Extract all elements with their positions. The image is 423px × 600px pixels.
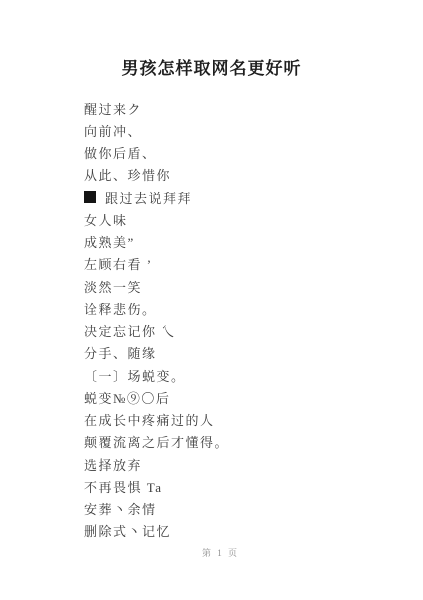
- list-item-text: 在成长中疼痛过的人: [84, 410, 215, 429]
- page-title: 男孩怎样取网名更好听: [0, 54, 423, 79]
- list-item: 淡然一笑: [84, 275, 403, 297]
- list-item: 向前冲、: [84, 119, 403, 141]
- list-item: 做你后盾、: [84, 142, 403, 164]
- list-item: 删除式丶记忆: [84, 520, 403, 542]
- list-item: 〔一〕场蜕变。: [84, 364, 403, 386]
- list-item-text: 醒过来ク: [84, 99, 142, 118]
- list-item: 颠覆流离之后才懂得。: [84, 431, 403, 453]
- list-item: 不再畏惧 Ta: [84, 475, 403, 497]
- list-item-text: 分手、随缘: [84, 343, 157, 362]
- list-item-text: 跟过去说拜拜: [105, 188, 192, 207]
- list-item: 蜕变№⑨〇后: [84, 386, 403, 408]
- list-item-text: 成熟美”: [84, 232, 135, 251]
- list-item: 选择放弃: [84, 453, 403, 475]
- list-item-text: 向前冲、: [84, 121, 142, 140]
- list-item: 分手、随缘: [84, 342, 403, 364]
- list-item-text: 颠覆流离之后才懂得。: [84, 432, 229, 451]
- list-item: 成熟美”: [84, 231, 403, 253]
- list-item: 左顾右看 ’: [84, 253, 403, 275]
- list-item: 跟过去说拜拜: [84, 186, 403, 208]
- page-number: 第 1 页: [0, 546, 423, 559]
- list-item-text: 诠释悲伤。: [84, 299, 157, 318]
- list-item-text: 安葬丶余情: [84, 499, 157, 518]
- list-item-text: 决定忘记你 乀: [84, 321, 176, 340]
- list-item-text: 女人味: [84, 210, 128, 229]
- list-item: 安葬丶余情: [84, 498, 403, 520]
- list-item-text: 从此、珍惜你: [84, 165, 171, 184]
- list-item: 决定忘记你 乀: [84, 320, 403, 342]
- list-item: 从此、珍惜你: [84, 164, 403, 186]
- list-item-text: 做你后盾、: [84, 143, 157, 162]
- list-item-text: 淡然一笑: [84, 277, 142, 296]
- list-item-text: 选择放弃: [84, 455, 142, 474]
- name-list: 醒过来ク 向前冲、 做你后盾、 从此、珍惜你 跟过去说拜拜 女人味 成熟美” 左…: [84, 97, 403, 542]
- list-item: 醒过来ク: [84, 97, 403, 119]
- list-item-text: 不再畏惧 Ta: [84, 477, 163, 496]
- black-square-bullet-icon: [84, 191, 96, 203]
- list-item-text: 左顾右看 ’: [84, 254, 153, 273]
- list-item-text: 蜕变№⑨〇后: [84, 388, 170, 407]
- list-item: 在成长中疼痛过的人: [84, 409, 403, 431]
- list-item: 女人味: [84, 208, 403, 230]
- list-item: 诠释悲伤。: [84, 297, 403, 319]
- list-item-text: 删除式丶记忆: [84, 521, 171, 540]
- list-item-text: 〔一〕场蜕变。: [84, 366, 186, 385]
- document-page: 男孩怎样取网名更好听 醒过来ク 向前冲、 做你后盾、 从此、珍惜你 跟过去说拜拜…: [0, 0, 423, 600]
